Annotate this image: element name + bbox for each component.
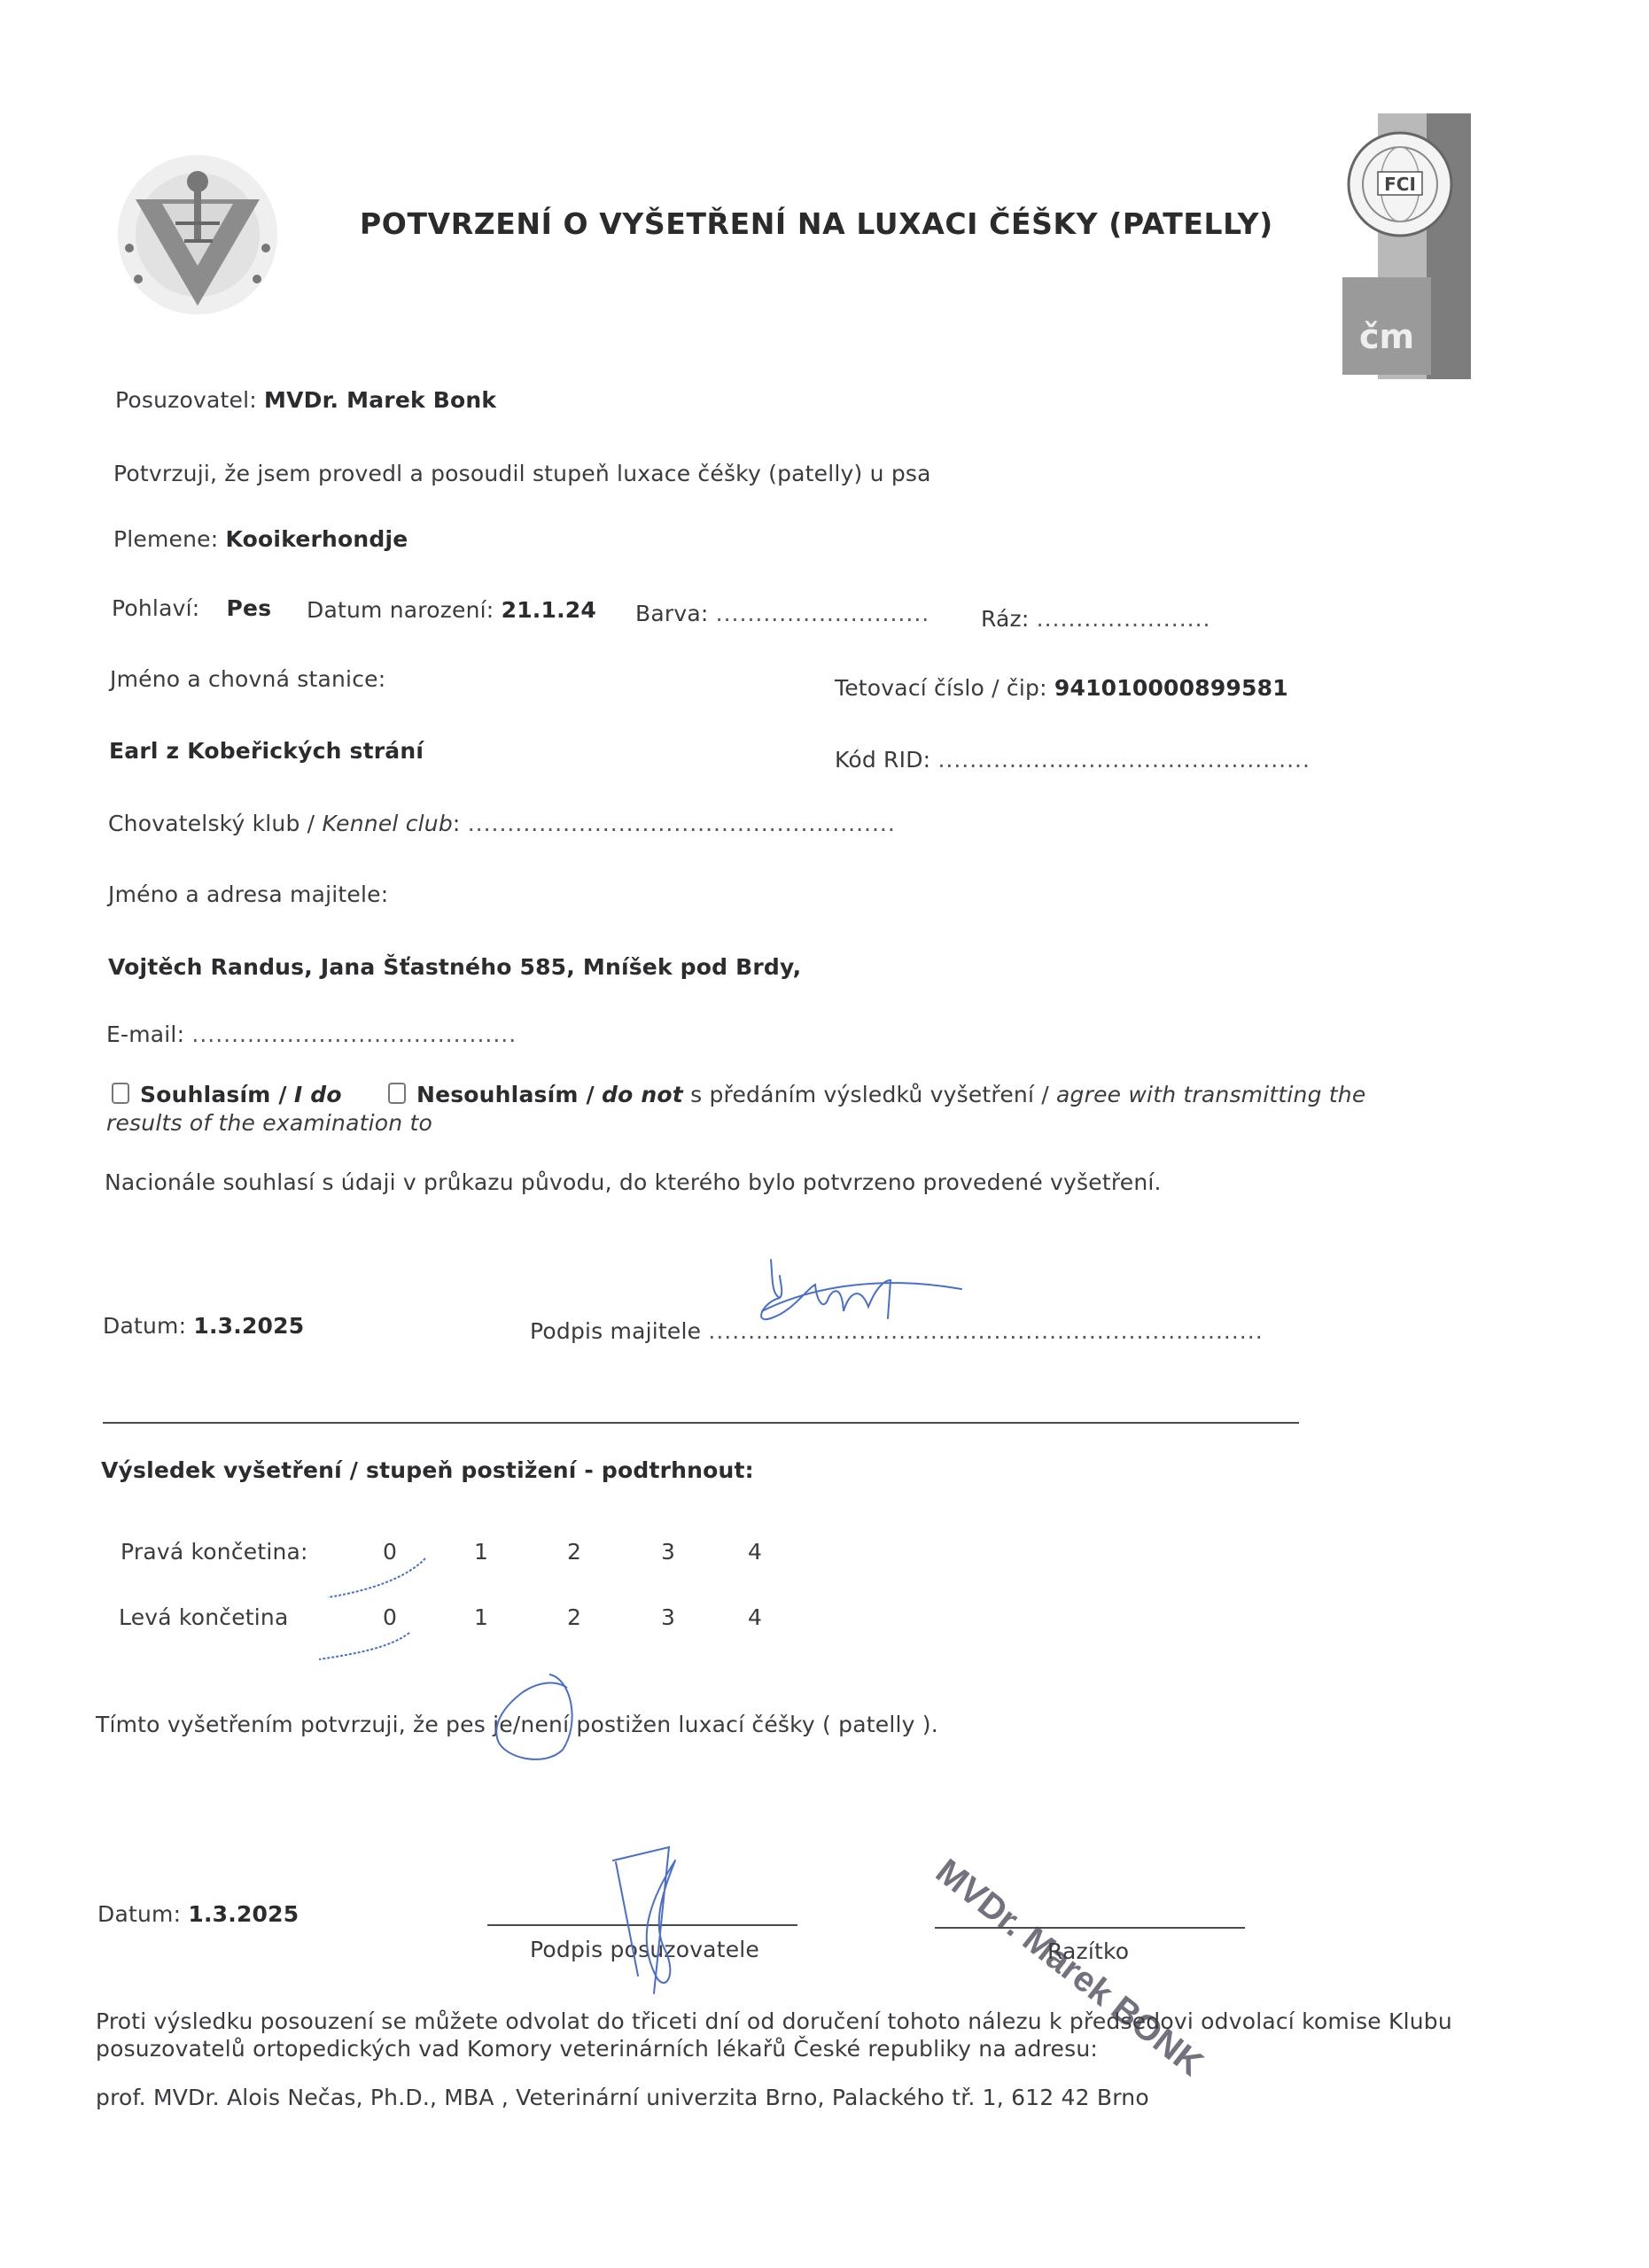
color-label: Barva: (635, 601, 709, 626)
type-field: Ráz: ...................... (981, 606, 1211, 632)
dog-name-label: Jméno a chovná stanice: (110, 666, 385, 692)
left-leg-grade-0[interactable]: 0 (383, 1604, 397, 1630)
fci-cmku-logo-icon: FCI čm (1342, 113, 1475, 379)
left-leg-grade-4[interactable]: 4 (748, 1604, 762, 1630)
appeal-line-2: posuzovatelů ortopedických vad Komory ve… (96, 2036, 1098, 2062)
result-heading: Výsledek vyšetření / stupeň postižení - … (101, 1457, 754, 1483)
owner-date-label: Datum: (103, 1313, 186, 1339)
type-value: ...................... (1037, 606, 1211, 632)
breed-field: Plemene: Kooikerhondje (113, 526, 408, 552)
owner-date-field: Datum: 1.3.2025 (103, 1313, 304, 1339)
dog-name-value: Earl z Kobeřických strání (109, 738, 424, 764)
sex-label: Pohlaví: (112, 595, 199, 621)
owner-value: Vojtěch Randus, Jana Šťastného 585, Mníš… (108, 954, 801, 980)
email-field: E-mail: ................................… (106, 1021, 517, 1047)
sex-value: Pes (227, 595, 272, 621)
kvl-cr-seal-icon (113, 151, 282, 319)
left-leg-grade-2[interactable]: 2 (567, 1604, 581, 1630)
right-leg-grade-1[interactable]: 1 (474, 1539, 488, 1565)
right-leg-grade-0[interactable]: 0 (383, 1539, 397, 1565)
agree-label: Souhlasím / (140, 1082, 287, 1107)
conclusion-after: postižen luxací čéšky ( patelly ). (569, 1712, 938, 1737)
left-leg-grade-3[interactable]: 3 (661, 1604, 675, 1630)
consent-rest-en-2: results of the examination to (106, 1110, 432, 1136)
birth-date-value: 21.1.24 (502, 597, 596, 623)
appeal-address: prof. MVDr. Alois Nečas, Ph.D., MBA , Ve… (96, 2085, 1149, 2110)
consent-rest-en: agree with transmitting the (1049, 1082, 1366, 1107)
conclusion-text: Tímto vyšetřením potvrzuji, že pes je/ne… (96, 1712, 938, 1737)
owner-date-value: 1.3.2025 (193, 1313, 304, 1339)
examiner-value: MVDr. Marek Bonk (264, 387, 496, 413)
right-leg-grade-2[interactable]: 2 (567, 1539, 581, 1565)
kennel-club-colon: : (453, 811, 461, 836)
conclusion-before: Tímto vyšetřením potvrzuji, že pes (96, 1712, 493, 1737)
kennel-club-label: Chovatelský klub / (108, 811, 315, 836)
color-field: Barva: ........................... (635, 601, 930, 626)
type-label: Ráz: (981, 606, 1030, 632)
examiner-date-value: 1.3.2025 (188, 1901, 299, 1927)
disagree-label-en: do not (602, 1082, 683, 1107)
email-value: ........................................… (191, 1021, 517, 1047)
rid-field: Kód RID: ...............................… (835, 747, 1311, 773)
color-value: ........................... (716, 601, 930, 626)
sex-field: Pohlaví: Pes (112, 595, 271, 621)
right-leg-label: Pravá končetina: (121, 1539, 308, 1565)
examiner-signature-label: Podpis posuzovatele (530, 1937, 759, 1962)
chip-label: Tetovací číslo / čip: (835, 675, 1047, 701)
owner-label: Jméno a adresa majitele: (108, 882, 388, 907)
examiner-signature-line (487, 1924, 797, 1926)
left-leg-label: Levá končetina (119, 1604, 289, 1630)
stamp-label: Razítko (1047, 1938, 1129, 1964)
right-leg-grade-3[interactable]: 3 (661, 1539, 675, 1565)
statement-text: Potvrzuji, že jsem provedl a posoudil st… (113, 461, 931, 486)
agree-label-en: I do (294, 1082, 342, 1107)
kennel-club-label-en: Kennel club (322, 811, 452, 836)
appeal-line-1: Proti výsledku posouzení se můžete odvol… (96, 2008, 1452, 2034)
chip-value: 941010000899581 (1054, 675, 1288, 701)
certificate-page: POTVRZENÍ O VYŠETŘENÍ NA LUXACI ČÉŠKY (P… (0, 0, 1649, 2268)
document-title: POTVRZENÍ O VYŠETŘENÍ NA LUXACI ČÉŠKY (P… (360, 206, 1273, 241)
grade-underline-ink (310, 1555, 434, 1670)
examiner-field: Posuzovatel: MVDr. Marek Bonk (115, 387, 496, 413)
breed-label: Plemene: (113, 526, 218, 552)
agree-checkbox[interactable] (112, 1083, 129, 1104)
rid-value: ........................................… (937, 747, 1311, 773)
right-leg-grade-4[interactable]: 4 (748, 1539, 762, 1565)
examiner-signature-ink (603, 1843, 718, 2002)
chip-field: Tetovací číslo / čip: 941010000899581 (835, 675, 1288, 701)
rid-label: Kód RID: (835, 747, 930, 773)
left-leg-grade-1[interactable]: 1 (474, 1604, 488, 1630)
owner-signature-field[interactable]: Podpis majitele ........................… (530, 1318, 1264, 1344)
kennel-club-field: Chovatelský klub / Kennel club: ........… (108, 811, 896, 836)
birth-date-field: Datum narození: 21.1.24 (307, 597, 596, 623)
examiner-label: Posuzovatel: (115, 387, 257, 413)
breed-value: Kooikerhondje (226, 526, 408, 552)
owner-signature-dots: ........................................… (708, 1318, 1263, 1344)
disagree-label: Nesouhlasím / (416, 1082, 595, 1107)
kvl-seal-logo (113, 151, 282, 319)
disagree-checkbox[interactable] (388, 1083, 406, 1104)
consent-line: Souhlasím / I do Nesouhlasím / do not s … (112, 1082, 1365, 1107)
conclusion-circled: je/není (493, 1712, 569, 1737)
birth-date-label: Datum narození: (307, 597, 494, 623)
fci-cmku-logo: FCI čm (1342, 113, 1475, 379)
national-statement: Nacionále souhlasí s údaji v průkazu pův… (105, 1169, 1162, 1195)
consent-rest: s předáním výsledků vyšetření / (683, 1082, 1049, 1107)
section-divider (103, 1422, 1299, 1424)
kennel-club-value: ........................................… (468, 811, 896, 836)
examiner-date-field: Datum: 1.3.2025 (97, 1901, 299, 1927)
examiner-stamp: MVDr. Marek BONK (935, 1790, 1218, 1958)
svg-text:čm: čm (1359, 317, 1414, 356)
stamp-line (935, 1927, 1245, 1929)
owner-signature-label: Podpis majitele (530, 1318, 701, 1344)
examiner-date-label: Datum: (97, 1901, 181, 1927)
svg-text:FCI: FCI (1384, 174, 1416, 195)
email-label: E-mail: (106, 1021, 184, 1047)
